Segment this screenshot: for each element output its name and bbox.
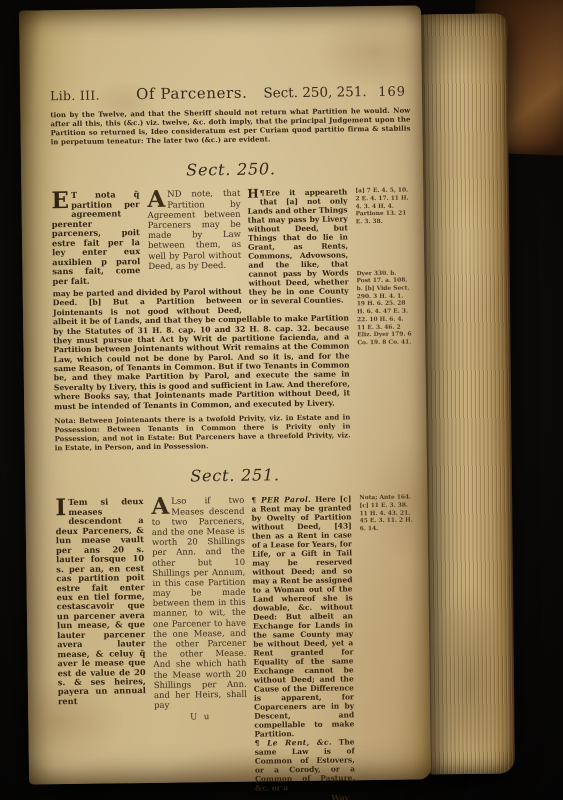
running-header: Lib. III. Of Parceners. Sect. 250, 251. … xyxy=(50,82,410,105)
book-page: Lib. III. Of Parceners. Sect. 250, 251. … xyxy=(19,5,431,784)
section-251-french-column: ITem si deux meases descendont a deux Pa… xyxy=(55,497,146,724)
section-251-heading: Sect. 251. xyxy=(55,464,415,488)
section-251: ¶ PER Parol. Here [c] a Rent may be gran… xyxy=(55,494,419,800)
section-251-main: ¶ PER Parol. Here [c] a Rent may be gran… xyxy=(55,495,355,800)
english-text: Lso if two Meases descend to two Parcene… xyxy=(152,496,247,711)
english-dropcap: A xyxy=(151,497,171,516)
pilcrow-icon: ¶ xyxy=(251,496,257,505)
pilcrow-icon: ¶ xyxy=(255,739,261,748)
english-dropcap: A xyxy=(147,190,167,209)
section-range: Sect. 250, 251. xyxy=(263,84,366,101)
printed-content: Lib. III. Of Parceners. Sect. 250, 251. … xyxy=(50,82,419,800)
commentary-text: Here [c] a Rent may be granted by Owelty… xyxy=(251,495,354,739)
section-250-english-column: AND note, that Partition by Agreement be… xyxy=(147,189,241,285)
section-250-heading: Sect. 250. xyxy=(51,158,411,182)
section-250-nota: Nota: Between Jointenants there is a two… xyxy=(54,412,350,452)
commentary-dropcap: H xyxy=(247,189,259,199)
section-251-columns: ITem si deux meases descendont a deux Pa… xyxy=(55,496,247,725)
margin-note-b: Dyer 330. b. Post 17. a. 108. b. [b] Vid… xyxy=(356,269,413,346)
chapter-title: Of Parceners. xyxy=(136,84,248,103)
section-251-english-column: ALso if two Meases descend to two Parcen… xyxy=(151,496,247,723)
margin-note-c: Nota; Ante 164. [c] 11 E. 3. 38. 11 H. 4… xyxy=(359,494,412,532)
gathering-signature: U u xyxy=(154,712,247,723)
french-dropcap: E xyxy=(51,191,71,210)
section-250-commentary: ¶HEre it appeareth that [a] not only Lan… xyxy=(247,188,349,306)
french-dropcap: I xyxy=(55,498,68,517)
carryover-note: tion by the Twelve, and that the Sheriff… xyxy=(50,107,410,148)
commentary-paragraph-2: ¶ Le Rent, &c. The same Law is of Common… xyxy=(255,738,356,793)
section-251-commentary: ¶ PER Parol. Here [c] a Rent may be gran… xyxy=(251,495,355,800)
section-250-main: ¶HEre it appeareth that [a] not only Lan… xyxy=(51,188,350,453)
section-250-columns: ET nota q̃ partition per agreement peren… xyxy=(51,189,241,286)
section-250: ¶HEre it appeareth that [a] not only Lan… xyxy=(51,187,414,453)
french-text: Tem si deux meases descendont a deux Par… xyxy=(56,496,146,706)
page-edges-stack xyxy=(419,14,515,775)
margin-note-a: [a] 7 E. 4. 5, 10. 2 E. 4. 17. 11 H. 4. … xyxy=(355,187,408,225)
catchword: Way xyxy=(255,794,355,800)
book-photo: Lib. III. Of Parceners. Sect. 250, 251. … xyxy=(0,0,563,800)
section-250-margin-notes: [a] 7 E. 4. 5, 10. 2 E. 4. 17. 11 H. 4. … xyxy=(355,187,414,449)
commentary-paragraph-1: ¶ PER Parol. Here [c] a Rent may be gran… xyxy=(251,495,354,739)
page-number: 169 xyxy=(378,85,410,100)
section-251-margin-notes: Nota; Ante 164. [c] 11 E. 3. 38. 11 H. 4… xyxy=(359,494,419,800)
commentary-text: Ere it appeareth that [a] not only Lands… xyxy=(248,188,349,306)
section-250-french-column: ET nota q̃ partition per agreement peren… xyxy=(51,191,140,287)
book-part-label: Lib. III. xyxy=(50,87,110,103)
